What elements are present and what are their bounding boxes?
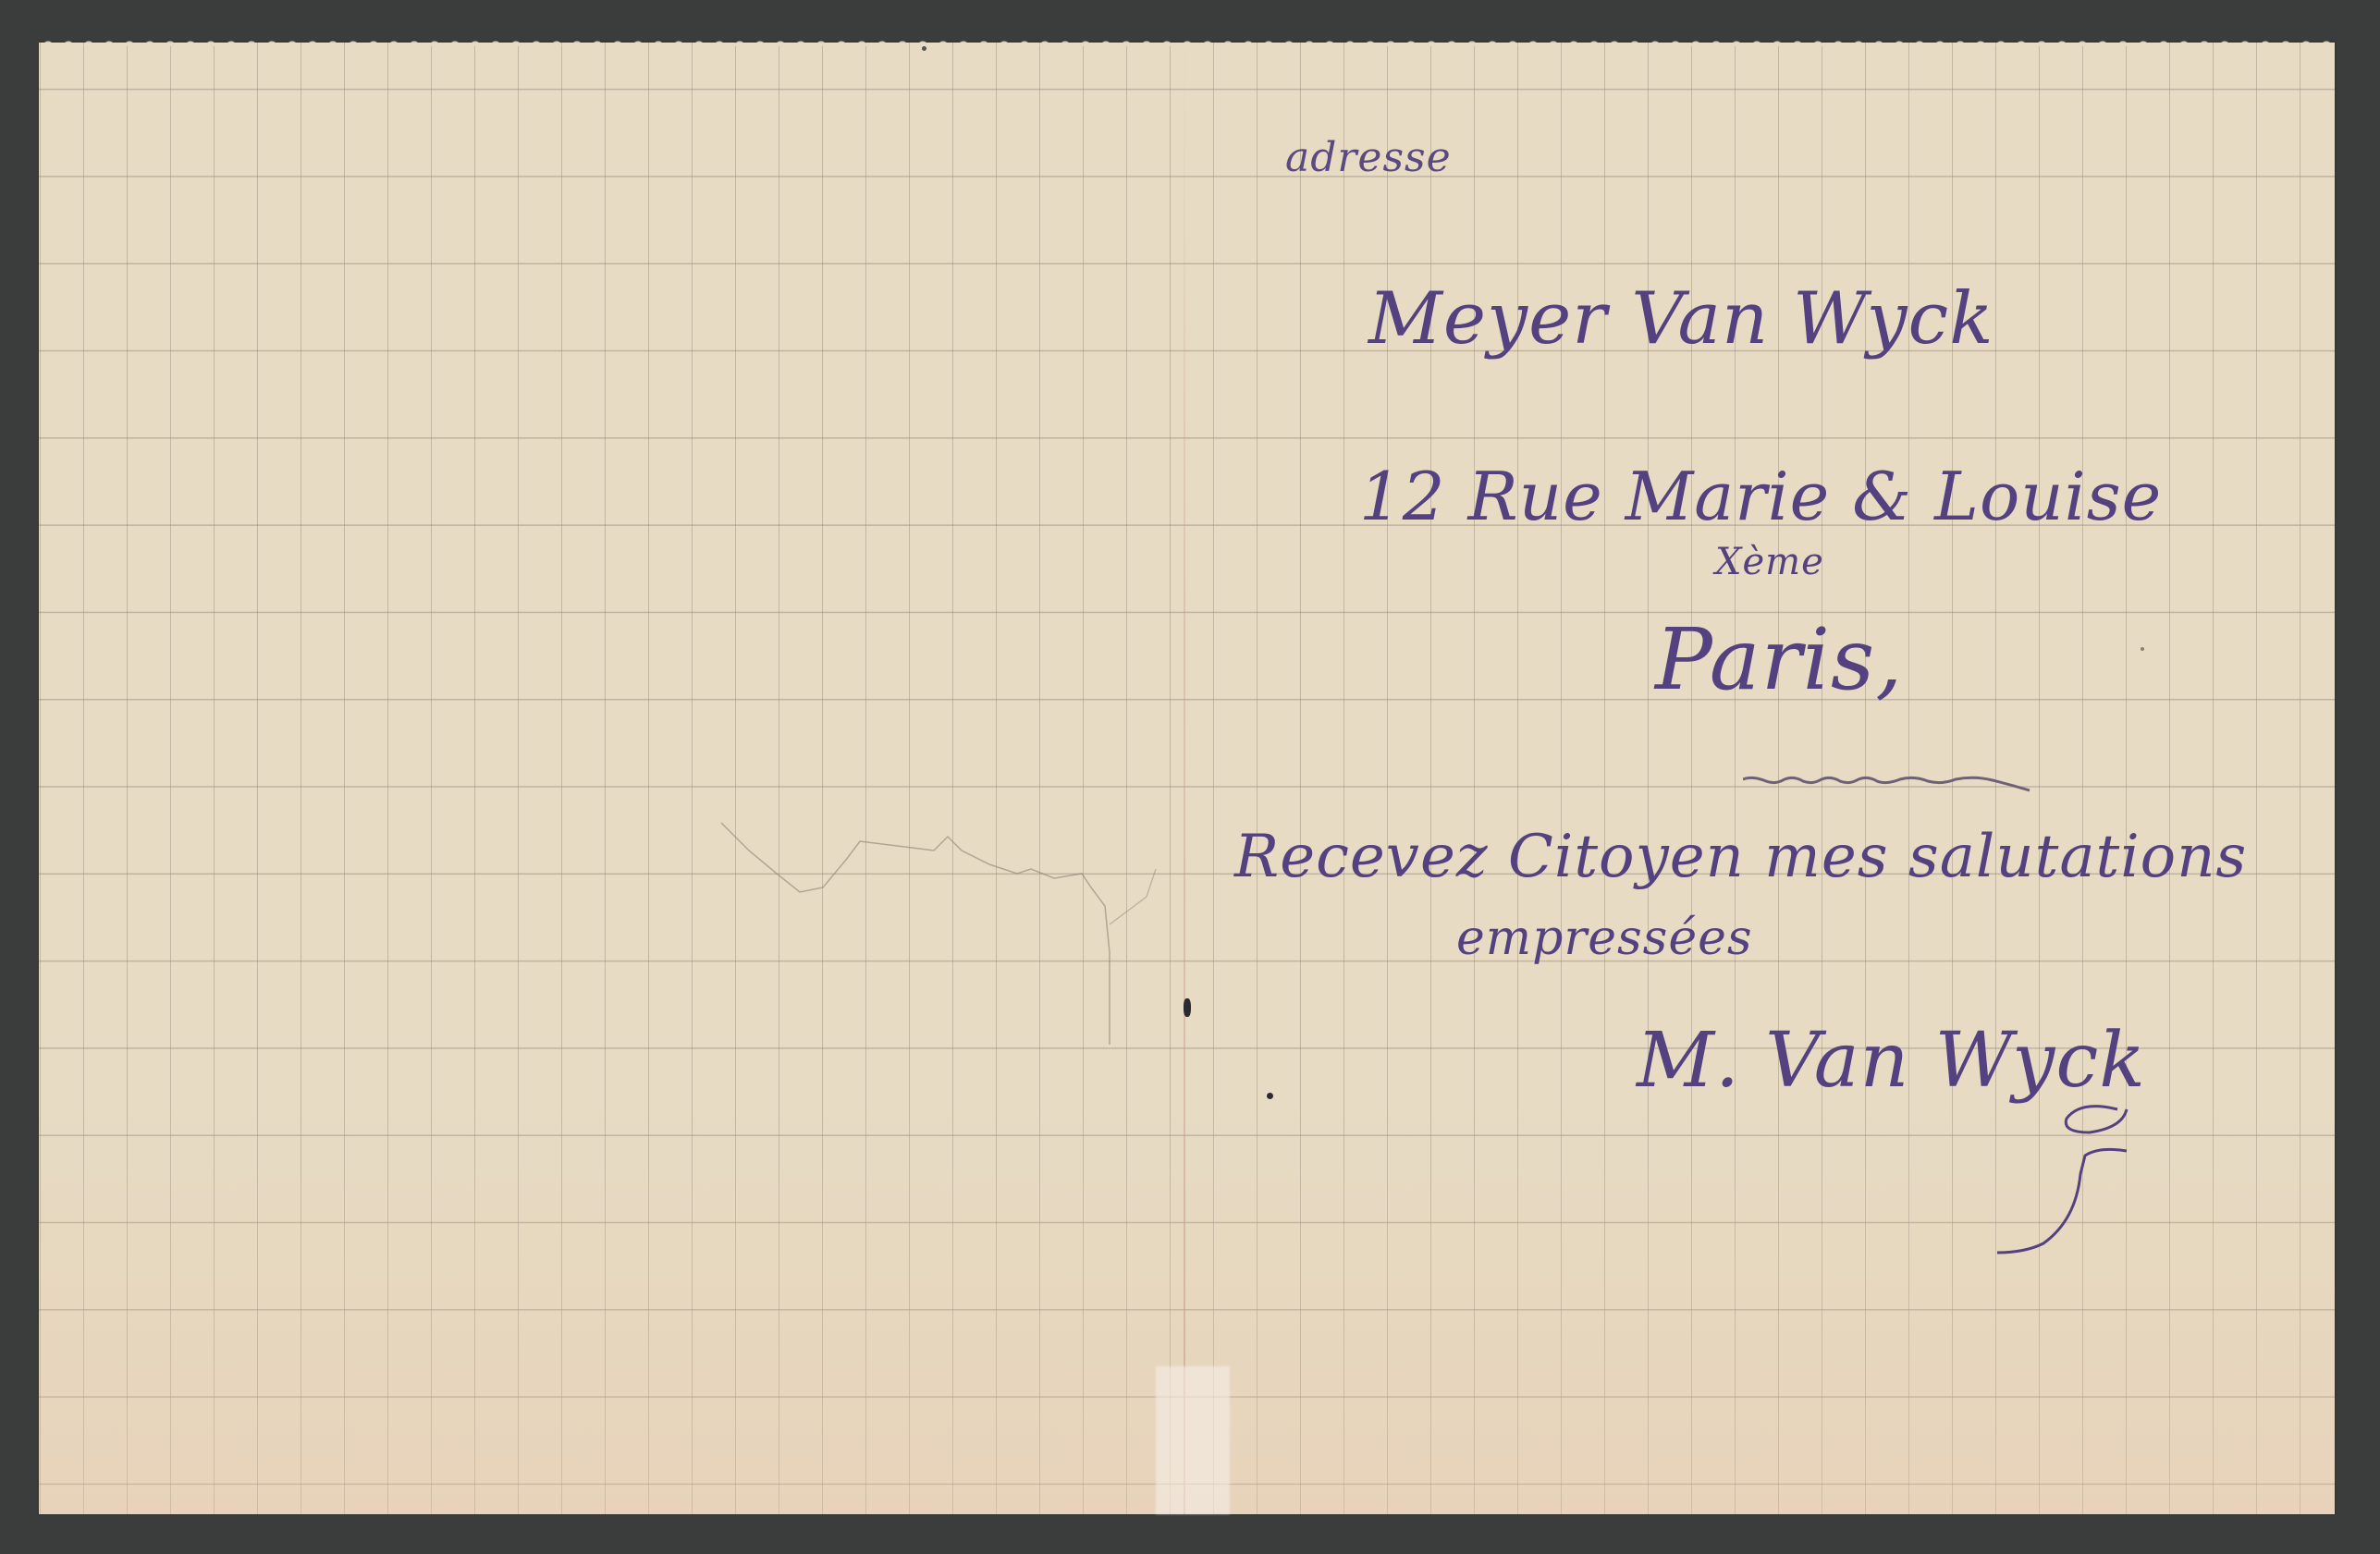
ink-speck <box>922 46 926 51</box>
letter-closing: empressées <box>1456 911 1753 966</box>
recipient-name: Meyer Van Wyck <box>1368 277 1994 361</box>
paper-fold-line <box>1184 43 1185 1514</box>
paper-repair-patch <box>1156 1366 1230 1514</box>
recipient-arrondissement: Xème <box>1715 541 1824 583</box>
paper-tear-crease <box>712 804 1285 1045</box>
ink-blot <box>1184 998 1191 1017</box>
ink-speck <box>2141 647 2144 651</box>
letter-heading: adresse <box>1285 134 1452 181</box>
separator-flourish <box>1743 772 2048 800</box>
letter-greeting: Recevez Citoyen mes salutations <box>1234 823 2247 891</box>
paper-torn-edge <box>39 37 2335 46</box>
recipient-street: 12 Rue Marie & Louise <box>1359 458 2162 535</box>
signature-flourish <box>1960 1091 2238 1257</box>
ink-dot <box>1267 1093 1273 1099</box>
recipient-city: Paris, <box>1655 610 1903 709</box>
